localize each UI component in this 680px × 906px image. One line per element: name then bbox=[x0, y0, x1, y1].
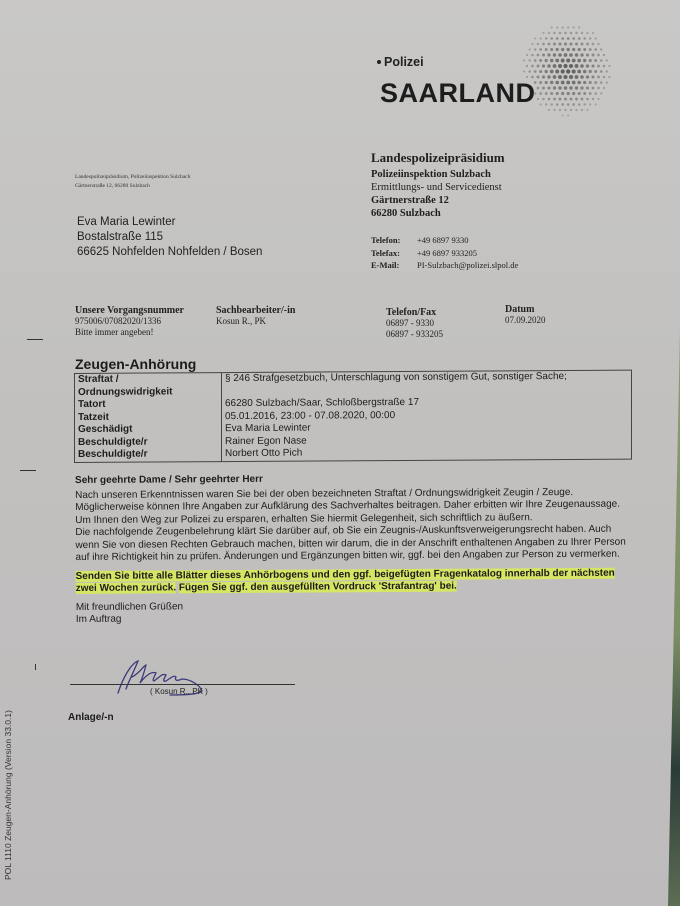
greeting: Sehr geehrte Dame / Sehr geehrter Herr bbox=[75, 472, 630, 488]
row-label: Tatzeit bbox=[75, 411, 222, 424]
contact-email: E-Mail:PI-Sulzbach@polizei.slpol.de bbox=[371, 259, 518, 272]
authority-department: Ermittlungs- und Servicedienst bbox=[371, 181, 505, 194]
recipient-city: 66625 Nohfelden Nohfelden / Bosen bbox=[77, 245, 262, 260]
fold-mark bbox=[27, 339, 43, 340]
contact-value: +49 6897 9330 bbox=[417, 235, 469, 245]
sender-line-1: Landespolizeipräsidium, Polizeiinspektio… bbox=[75, 173, 190, 182]
date-label: Datum bbox=[505, 304, 546, 315]
contact-label: Telefax: bbox=[371, 247, 417, 260]
letter-page: Polizei SAARLAND Landespolizeipräsidium,… bbox=[0, 0, 680, 906]
paragraph-2: Die nachfolgende Zeugenbelehrung klärt S… bbox=[75, 524, 630, 565]
authority-name: Landespolizeipräsidium bbox=[371, 150, 505, 166]
phone-fax-block: Telefon/Fax 06897 - 9330 06897 - 933205 bbox=[386, 307, 443, 340]
authority-block: Landespolizeipräsidium Polizeiinspektion… bbox=[371, 150, 505, 220]
contact-email-link[interactable]: PI-Sulzbach@polizei.slpol.de bbox=[417, 260, 518, 270]
saarland-map-dots-icon bbox=[505, 22, 615, 122]
form-version-id: POL 1110 Zeugen-Anhörung (Version 33.0.1… bbox=[3, 710, 13, 880]
logo-dot-icon bbox=[377, 60, 381, 64]
paragraph-1: Nach unseren Erkenntnissen waren Sie bei… bbox=[75, 486, 630, 527]
row-label: Ordnungswidrigkeit bbox=[75, 386, 222, 399]
row-label: Tatort bbox=[75, 398, 222, 411]
attachments-label: Anlage/-n bbox=[68, 712, 114, 723]
instruction-paragraph: Senden Sie bitte alle Blätter dieses Anh… bbox=[76, 567, 631, 595]
logo-polizei-text: Polizei bbox=[384, 55, 424, 69]
signer-name: ( Kosun R., PK ) bbox=[150, 687, 208, 696]
row-label: Geschädigt bbox=[75, 423, 222, 436]
letter-body: Sehr geehrte Dame / Sehr geehrter Herr N… bbox=[75, 472, 631, 627]
sender-line-2: Gärtnerstraße 12, 66280 Sulzbach bbox=[75, 182, 190, 191]
fax-number: 06897 - 933205 bbox=[386, 329, 443, 340]
case-info-table: Straftat /§ 246 Strafgesetzbuch, Untersc… bbox=[74, 370, 632, 463]
phone-number: 06897 - 9330 bbox=[386, 318, 443, 329]
phone-fax-label: Telefon/Fax bbox=[386, 307, 443, 318]
letter-date: 07.09.2020 bbox=[505, 315, 546, 326]
fold-mark bbox=[20, 470, 36, 471]
contact-value: +49 6897 933205 bbox=[417, 248, 477, 258]
signature-line bbox=[70, 684, 295, 685]
contact-fax: Telefax:+49 6897 933205 bbox=[371, 247, 518, 260]
row-value: Norbert Otto Pich bbox=[222, 446, 632, 462]
case-note: Bitte immer angeben! bbox=[75, 327, 184, 338]
punch-mark bbox=[35, 664, 36, 670]
contact-label: E-Mail: bbox=[371, 259, 417, 272]
form-title: Zeugen-Anhörung bbox=[75, 356, 196, 372]
recipient-name: Eva Maria Lewinter bbox=[77, 215, 262, 230]
date-block: Datum 07.09.2020 bbox=[505, 304, 546, 326]
officer-label: Sachbearbeiter/-in bbox=[216, 305, 295, 316]
case-number-label: Unsere Vorgangsnummer bbox=[75, 305, 184, 316]
authority-city: 66280 Sulzbach bbox=[371, 207, 505, 220]
table-row: Beschuldigte/rNorbert Otto Pich bbox=[75, 446, 632, 462]
row-label: Straftat / bbox=[75, 373, 222, 387]
officer-name: Kosun R., PK bbox=[216, 316, 295, 327]
officer-block: Sachbearbeiter/-in Kosun R., PK bbox=[216, 305, 295, 327]
contact-phone: Telefon:+49 6897 9330 bbox=[371, 234, 518, 247]
sender-return-address: Landespolizeipräsidium, Polizeiinspektio… bbox=[75, 173, 190, 191]
case-number: 975006/07082020/1336 bbox=[75, 316, 184, 327]
row-label: Beschuldigte/r bbox=[75, 448, 222, 462]
row-label: Beschuldigte/r bbox=[75, 436, 222, 449]
authority-unit: Polizeiinspektion Sulzbach bbox=[371, 168, 505, 181]
contact-label: Telefon: bbox=[371, 234, 417, 247]
highlighted-instruction-2: Fügen Sie ggf. den ausgefüllten Vordruck… bbox=[179, 581, 457, 594]
recipient-street: Bostalstraße 115 bbox=[77, 230, 262, 245]
case-number-block: Unsere Vorgangsnummer 975006/07082020/13… bbox=[75, 305, 184, 338]
authority-contacts: Telefon:+49 6897 9330 Telefax:+49 6897 9… bbox=[371, 234, 518, 272]
recipient-address: Eva Maria Lewinter Bostalstraße 115 6662… bbox=[77, 215, 262, 260]
authority-street: Gärtnerstraße 12 bbox=[371, 194, 505, 207]
